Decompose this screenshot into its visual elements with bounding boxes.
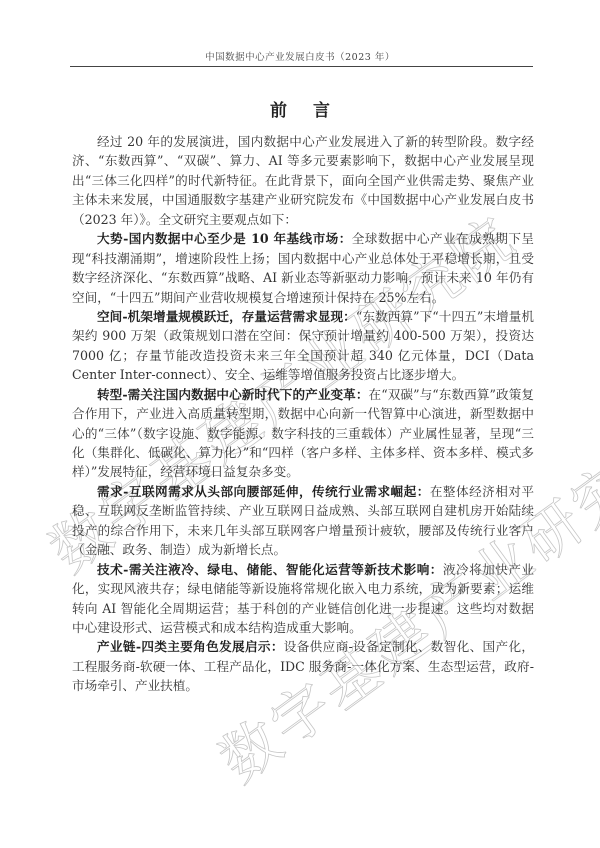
preface-body: 经过 20 年的发展演进，国内数据中心产业发展进入了新的转型阶段。数字经济、“东… [72,132,534,696]
paragraph-space: 空间-机架增量规模跃迁，存量运营需求显现：“东数西算”下“十四五”末增量机架约 … [72,307,534,385]
paragraph-transformation: 转型-需关注国内数据中心新时代下的产业变革：在“双碳”与“东数西算”政策复合作用… [72,385,534,482]
paragraph-lead: 大势-国内数据中心至少是 10 年基线市场： [97,231,352,246]
paragraph-lead: 需求-互联网需求从头部向腰部延伸，传统行业需求崛起： [97,484,430,499]
running-header: 中国数据中心产业发展白皮书（2023 年） [0,49,600,63]
paragraph-lead: 转型-需关注国内数据中心新时代下的产业变革： [97,387,369,402]
paragraph-lead: 技术-需关注液冷、绿电、储能、智能化运营等新技术影响： [97,562,443,577]
header-divider [70,66,533,67]
paragraph-lead: 产业链-四类主要角色发展启示： [97,639,284,654]
page-title: 前 言 [0,96,600,121]
paragraph-intro: 经过 20 年的发展演进，国内数据中心产业发展进入了新的转型阶段。数字经济、“东… [72,132,534,229]
paragraph-technology: 技术-需关注液冷、绿电、储能、智能化运营等新技术影响：液冷将加快产业化，实现风液… [72,560,534,638]
paragraph-trend: 大势-国内数据中心至少是 10 年基线市场：全球数据中心产业在成熟期下呈现“科技… [72,229,534,307]
paragraph-industry-chain: 产业链-四类主要角色发展启示：设备供应商-设备定制化、数智化、国产化，工程服务商… [72,637,534,695]
paragraph-lead: 空间-机架增量规模跃迁，存量运营需求显现： [97,309,356,324]
paragraph-demand: 需求-互联网需求从头部向腰部延伸，传统行业需求崛起：在整体经济相对平稳、互联网反… [72,482,534,560]
